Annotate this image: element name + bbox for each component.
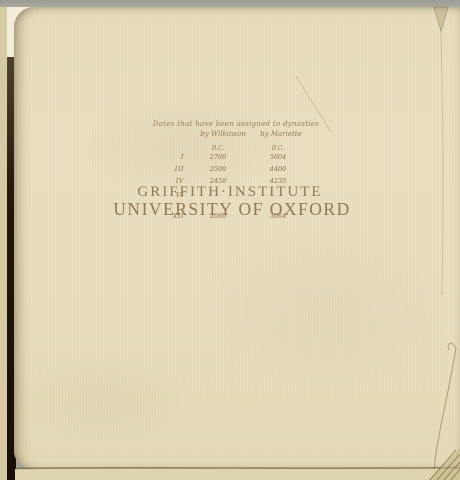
notebook-page: [14, 7, 460, 469]
wilkinson-date: 2450: [198, 177, 238, 185]
mariette-date: 4235: [256, 177, 300, 185]
mariette-date: 4400: [256, 165, 300, 173]
unit-header-bc-1: B.C.: [198, 145, 238, 152]
mariette-date: 5004: [256, 153, 300, 161]
dynasty-numeral: I: [148, 153, 184, 161]
bottom-sheet-edge: [15, 469, 460, 480]
column-label-mariette: by Mariette: [256, 130, 306, 138]
dynasty-numeral: XII: [148, 212, 184, 220]
wilkinson-date: 2700: [198, 153, 238, 161]
table-row: III 2500 4400: [0, 165, 460, 174]
scanned-notebook-page: GRIFFITH·INSTITUTE UNIVERSITY OF OXFORD …: [0, 0, 460, 480]
table-row: I 2700 5004: [0, 153, 460, 162]
wilkinson-date: 2500: [198, 165, 238, 173]
dynasty-numeral: VI: [148, 191, 184, 199]
dynasty-numeral: III: [148, 165, 184, 173]
scanner-background-band: [0, 0, 460, 7]
table-row: VI: [0, 191, 460, 200]
handwriting-title: Dates that have been assigned to dynasti…: [148, 120, 324, 128]
column-label-wilkinson: by Wilkinson: [194, 130, 252, 138]
table-row: IV 2450 4235: [0, 177, 460, 186]
mariette-date: 3064: [256, 212, 300, 220]
dynasty-numeral: IV: [148, 177, 184, 185]
wilkinson-date: 2080: [198, 212, 238, 220]
table-row: XII 2080 3064: [0, 212, 460, 221]
unit-header-bc-2: B.C.: [256, 145, 300, 152]
